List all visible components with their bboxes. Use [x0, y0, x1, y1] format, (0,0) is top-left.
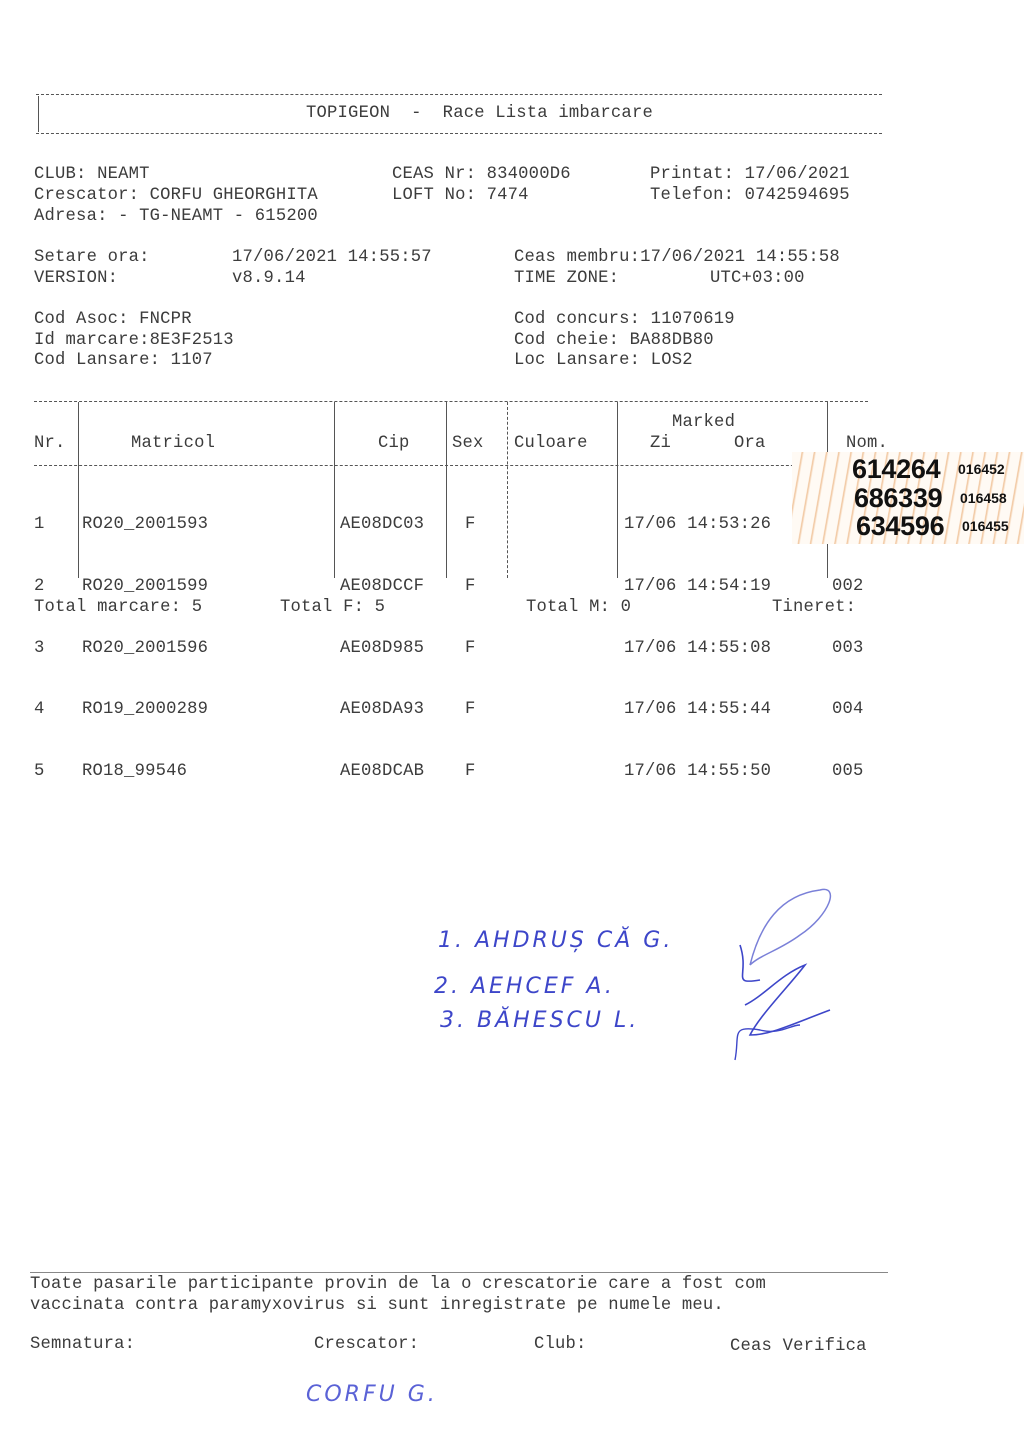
header-sex: Sex: [452, 434, 484, 455]
signature-label: Semnatura:: [30, 1335, 135, 1356]
handwritten-signatory: 1. AHDRUȘ CĂ G.: [438, 928, 673, 953]
table-row-sex: F: [465, 515, 507, 536]
release-code: Cod Lansare: 1107: [34, 351, 213, 372]
table-row-matricol: RO20_2001596: [82, 639, 208, 660]
table-row-sex: F: [465, 762, 507, 783]
ring-stickers: 614264 016452 686339 016458 634596 01645…: [792, 452, 1024, 544]
column-matricol: RO20_2001593 RO20_2001599 RO20_2001596 R…: [82, 474, 208, 824]
header-ora: Ora: [734, 434, 766, 455]
loft-number: LOFT No: 7474: [392, 186, 529, 207]
total-female: Total F: 5: [280, 598, 385, 619]
handwritten-signatory: 2. AEHCEF A.: [434, 974, 615, 999]
member-clock: Ceas membru:17/06/2021 14:55:58: [514, 248, 890, 269]
table-row-nr: 4: [34, 700, 76, 721]
marking-id: Id marcare:8E3F2513: [34, 331, 234, 352]
time-zone-label: TIME ZONE:: [514, 269, 619, 290]
table-row-cip: AE08D985: [340, 639, 424, 660]
table-row-marked: 17/06 14:53:26: [624, 515, 771, 536]
table-row-marked: 17/06 14:55:08: [624, 639, 771, 660]
header-cip: Cip: [378, 434, 410, 455]
header-marked: Marked: [672, 413, 735, 434]
version-label: VERSION:: [34, 269, 118, 290]
table-row-culoare: [514, 700, 556, 721]
table-row-nr: 5: [34, 762, 76, 783]
handwritten-signatory: 3. BĂHESCU L.: [440, 1008, 639, 1033]
table-row-nom: 003: [832, 639, 874, 660]
breeder-handwritten-signature: CORFU G.: [306, 1382, 438, 1407]
table-row-nom: 004: [832, 700, 874, 721]
table-row-cip: AE08DA93: [340, 700, 424, 721]
table-row-marked: 17/06 14:55:44: [624, 700, 771, 721]
breeder-address: Adresa: - TG-NEAMT - 615200: [34, 207, 318, 228]
sticker-serial: 016455: [962, 519, 1009, 533]
column-nr: 1 2 3 4 5: [34, 474, 76, 824]
header-zi: Zi: [650, 434, 671, 455]
column-sex: F F F F F: [465, 474, 507, 824]
breeder-name: Crescator: CORFU GHEORGHITA: [34, 186, 318, 207]
signature-scribble: [720, 885, 840, 1065]
header-nr: Nr.: [34, 434, 66, 455]
set-time-label: Setare ora:: [34, 248, 150, 269]
sticker-serial: 016458: [960, 491, 1007, 505]
version-value: v8.9.14: [232, 269, 306, 290]
table-row-matricol: RO20_2001593: [82, 515, 208, 536]
phone-number: Telefon: 0742594695: [650, 186, 850, 207]
col-divider-sex: [507, 402, 508, 578]
title-top-border: [36, 94, 882, 95]
table-top-border: [34, 401, 868, 402]
table-header-divider: [34, 465, 834, 466]
total-marked: Total marcare: 5: [34, 598, 202, 619]
club-signature-label: Club:: [534, 1335, 587, 1356]
table-row-nom: 005: [832, 762, 874, 783]
table-row-cip: AE08DCAB: [340, 762, 424, 783]
association-code: Cod Asoc: FNCPR: [34, 310, 192, 331]
sticker-number: 614264: [852, 456, 940, 483]
print-date: Printat: 17/06/2021: [650, 165, 850, 186]
table-row-marked: 17/06 14:54:19: [624, 577, 771, 598]
sticker-number: 634596: [856, 513, 944, 540]
table-row-nr: 1: [34, 515, 76, 536]
table-row-sex: F: [465, 700, 507, 721]
time-zone-value: UTC+03:00: [710, 269, 805, 290]
col-divider-cip: [446, 402, 447, 578]
title-bottom-border: [36, 133, 882, 134]
column-culoare: [514, 474, 556, 824]
header-matricol: Matricol: [131, 434, 215, 455]
table-row-cip: AE08DCCF: [340, 577, 424, 598]
col-divider-nr: [78, 402, 79, 578]
col-divider-culoare: [617, 402, 618, 578]
sticker-number: 686339: [854, 485, 942, 512]
breeder-signature-label: Crescator:: [314, 1335, 419, 1356]
table-row-culoare: [514, 639, 556, 660]
table-row-sex: F: [465, 639, 507, 660]
table-row-culoare: [514, 577, 556, 598]
youth-total: Tineret:: [772, 598, 856, 619]
column-marked: 17/06 14:53:26 17/06 14:54:19 17/06 14:5…: [624, 474, 771, 824]
title-left-border: [38, 96, 39, 132]
table-row-matricol: RO20_2001599: [82, 577, 208, 598]
table-row-nom: 002: [832, 577, 874, 598]
table-row-culoare: [514, 515, 556, 536]
table-row-matricol: RO18_99546: [82, 762, 208, 783]
declaration-top-border: [30, 1272, 888, 1273]
sticker-serial: 016452: [958, 462, 1005, 476]
col-divider-matricol: [334, 402, 335, 578]
release-location: Loc Lansare: LOS2: [514, 351, 693, 372]
club-name: CLUB: NEAMT: [34, 165, 150, 186]
column-cip: AE08DC03 AE08DCCF AE08D985 AE08DA93 AE08…: [340, 474, 424, 824]
declaration-line-1: Toate pasarile participante provin de la…: [30, 1275, 890, 1296]
declaration-line-2: vaccinata contra paramyxovirus si sunt i…: [30, 1296, 724, 1317]
key-code: Cod cheie: BA88DB80: [514, 331, 714, 352]
table-row-sex: F: [465, 577, 507, 598]
table-row-matricol: RO19_2000289: [82, 700, 208, 721]
race-code: Cod concurs: 11070619: [514, 310, 735, 331]
table-row-marked: 17/06 14:55:50: [624, 762, 771, 783]
total-male: Total M: 0: [526, 598, 631, 619]
clock-verified-label: Ceas Verifica: [730, 1337, 867, 1358]
table-row-culoare: [514, 762, 556, 783]
header-culoare: Culoare: [514, 434, 588, 455]
set-time-value: 17/06/2021 14:55:57: [232, 248, 432, 269]
table-row-nr: 2: [34, 577, 76, 598]
table-row-nr: 3: [34, 639, 76, 660]
document-title: TOPIGEON - Race Lista imbarcare: [306, 104, 653, 125]
clock-number: CEAS Nr: 834000D6: [392, 165, 571, 186]
table-row-cip: AE08DC03: [340, 515, 424, 536]
